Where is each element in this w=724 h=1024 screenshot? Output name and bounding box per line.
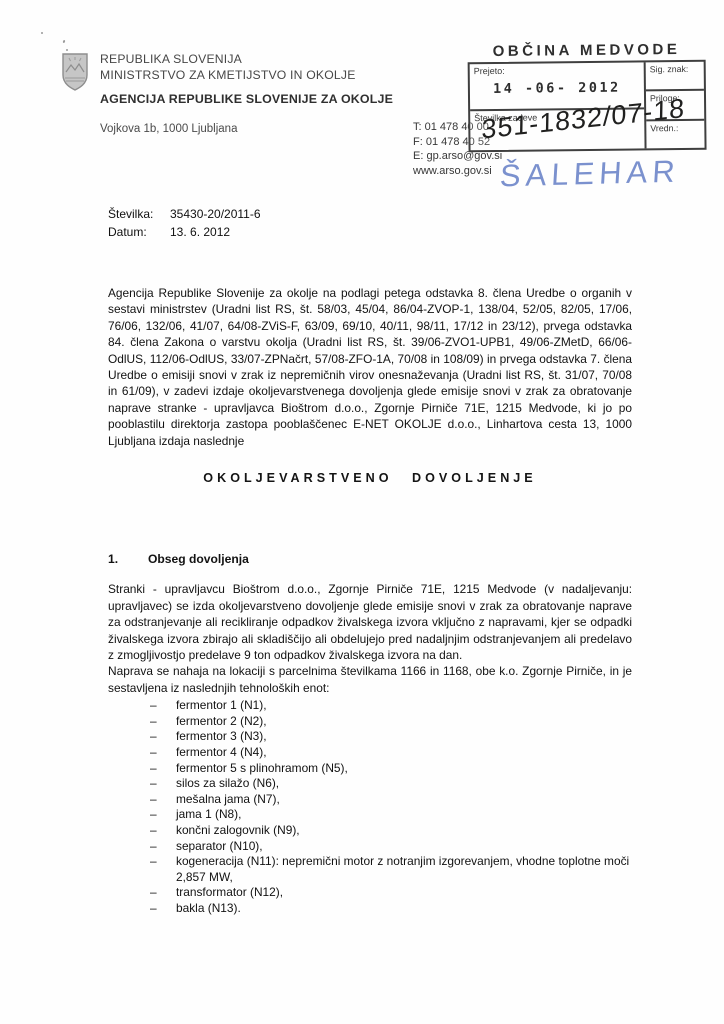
list-item: –fermentor 1 (N1),: [108, 698, 632, 714]
reference-date-label: Datum:: [108, 224, 170, 242]
unit-label: fermentor 2 (N2),: [176, 714, 632, 730]
list-dash: –: [150, 901, 176, 917]
list-dash: –: [150, 885, 176, 901]
stamp-received-label: Prejeto:: [474, 66, 505, 76]
contact-website: www.arso.gov.si: [413, 164, 502, 179]
coat-of-arms-logo: [60, 52, 90, 92]
reference-date-value: 13. 6. 2012: [170, 225, 230, 239]
section-1-number: 1.: [108, 551, 148, 567]
unit-label: bakla (N13).: [176, 901, 632, 917]
unit-label: fermentor 5 s plinohramom (N5),: [176, 761, 632, 777]
list-item: –fermentor 5 s plinohramom (N5),: [108, 761, 632, 777]
list-item: –separator (N10),: [108, 839, 632, 855]
reference-block: Številka:35430-20/2011-6 Datum:13. 6. 20…: [108, 206, 261, 241]
list-dash: –: [150, 745, 176, 761]
unit-label: končni zalogovnik (N9),: [176, 823, 632, 839]
list-dash: –: [150, 761, 176, 777]
unit-label: kogeneracija (N11): nepremični motor z n…: [176, 854, 632, 885]
list-dash: –: [150, 839, 176, 855]
scan-speck: [63, 40, 66, 44]
header-republic-line: REPUBLIKA SLOVENIJA: [100, 52, 242, 66]
header-ministry-line: MINISTRSTVO ZA KMETIJSTVO IN OKOLJE: [100, 68, 356, 82]
reference-number-line: Številka:35430-20/2011-6: [108, 206, 261, 224]
stamp-sig-label: Sig. znak:: [650, 64, 689, 74]
unit-label: jama 1 (N8),: [176, 807, 632, 823]
list-item: –končni zalogovnik (N9),: [108, 823, 632, 839]
intro-paragraph: Agencija Republike Slovenije za okolje n…: [108, 285, 632, 449]
list-dash: –: [150, 698, 176, 714]
list-item: –silos za silažo (N6),: [108, 776, 632, 792]
section-1-paragraph-scope: Stranki - upravljavcu Bioštrom d.o.o., Z…: [108, 581, 632, 663]
document-title: OKOLJEVARSTVENO DOVOLJENJE: [108, 471, 632, 485]
stamp-received-date: 14 -06- 2012: [470, 79, 644, 97]
list-dash: –: [150, 823, 176, 839]
list-item: –fermentor 4 (N4),: [108, 745, 632, 761]
list-item: –jama 1 (N8),: [108, 807, 632, 823]
document-page: REPUBLIKA SLOVENIJA MINISTRSTVO ZA KMETI…: [0, 0, 724, 1024]
list-dash: –: [150, 776, 176, 792]
reference-number-label: Številka:: [108, 206, 170, 224]
list-item: –mešalna jama (N7),: [108, 792, 632, 808]
header-agency-line: AGENCIJA REPUBLIKE SLOVENIJE ZA OKOLJE: [100, 92, 393, 106]
unit-label: separator (N10),: [176, 839, 632, 855]
section-1: 1.Obseg dovoljenja Stranki - upravljavcu…: [108, 551, 632, 917]
handwritten-name: ŠALEHAR: [499, 154, 681, 195]
scan-speck: [41, 32, 43, 34]
scan-speck: [66, 49, 68, 51]
list-item: –bakla (N13).: [108, 901, 632, 917]
list-item: –fermentor 2 (N2),: [108, 714, 632, 730]
reference-number-value: 35430-20/2011-6: [170, 207, 261, 221]
list-dash: –: [150, 807, 176, 823]
stamp-municipality: OBČINA MEDVODE: [467, 41, 705, 60]
unit-label: fermentor 4 (N4),: [176, 745, 632, 761]
section-1-title: Obseg dovoljenja: [148, 552, 249, 566]
list-item: –transformator (N12),: [108, 885, 632, 901]
reference-date-line: Datum:13. 6. 2012: [108, 224, 261, 242]
section-1-heading: 1.Obseg dovoljenja: [108, 551, 632, 567]
unit-label: transformator (N12),: [176, 885, 632, 901]
list-dash: –: [150, 792, 176, 808]
technological-units-list: –fermentor 1 (N1), –fermentor 2 (N2), –f…: [108, 698, 632, 916]
section-1-paragraph-location: Naprava se nahaja na lokaciji s parcelni…: [108, 663, 632, 696]
unit-label: silos za silažo (N6),: [176, 776, 632, 792]
list-item: –fermentor 3 (N3),: [108, 729, 632, 745]
unit-label: fermentor 3 (N3),: [176, 729, 632, 745]
list-dash: –: [150, 714, 176, 730]
list-dash: –: [150, 854, 176, 885]
unit-label: mešalna jama (N7),: [176, 792, 632, 808]
header-address: Vojkova 1b, 1000 Ljubljana: [100, 123, 237, 135]
list-item: –kogeneracija (N11): nepremični motor z …: [108, 854, 632, 885]
unit-label: fermentor 1 (N1),: [176, 698, 632, 714]
list-dash: –: [150, 729, 176, 745]
